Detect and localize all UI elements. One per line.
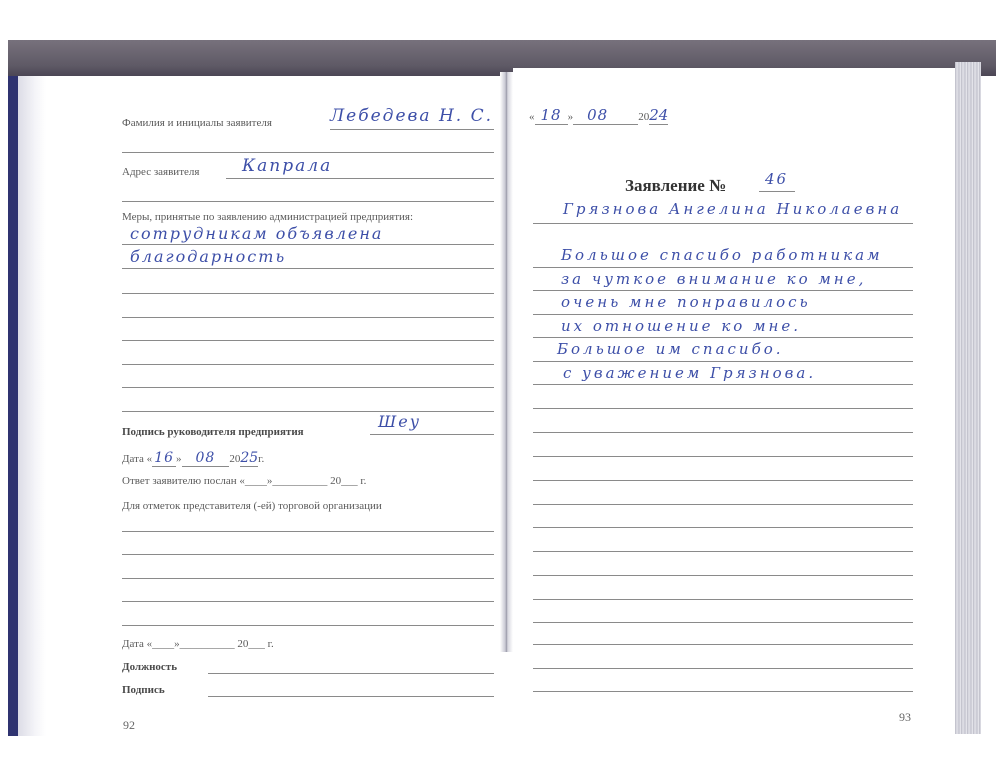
blank-line	[533, 575, 913, 576]
address-line	[226, 178, 494, 179]
measures-line-1: сотрудникам объявлена	[130, 224, 383, 243]
blank-line	[533, 432, 913, 433]
date-day: 16	[152, 450, 176, 467]
blank-line	[122, 152, 494, 153]
statement-date-day: 18	[535, 106, 568, 125]
applicant-name-value: Лебедева Н. С.	[330, 106, 493, 126]
blank-line	[122, 293, 494, 294]
left-page: Фамилия и инициалы заявителя Лебедева Н.…	[46, 84, 500, 734]
blank-line	[122, 625, 494, 626]
date-month: 08	[182, 450, 230, 467]
blank-line	[533, 456, 913, 457]
page-number-left: 92	[123, 718, 135, 733]
signature-field-line	[208, 696, 494, 697]
body-line-3: очень мне понравилось	[561, 293, 811, 311]
manager-signature-value: Шеу	[378, 412, 421, 431]
measures-line-2: благодарность	[130, 247, 286, 266]
blank-line	[122, 531, 494, 532]
ruled-line	[533, 314, 913, 315]
blank-line	[533, 599, 913, 600]
right-page: «18»082024 Заявление № 46 Грязнова Ангел…	[513, 68, 955, 734]
ruled-line	[533, 290, 913, 291]
blank-line	[122, 411, 494, 412]
date-quote-close: »	[176, 453, 182, 465]
page-stack-left	[18, 76, 46, 736]
scan-margin	[0, 0, 1000, 40]
book-gutter	[500, 72, 513, 652]
measures-ruled-line	[122, 244, 494, 245]
blank-line	[533, 527, 913, 528]
bottom-date-label: Дата «____»__________ 20___ г.	[122, 638, 274, 650]
ruled-line	[533, 384, 913, 385]
blank-line	[533, 504, 913, 505]
statement-date-year-suffix: 24	[649, 106, 668, 125]
date-year-prefix: 20	[229, 453, 240, 465]
date-year-suffix: 25	[240, 450, 258, 467]
blank-line	[122, 387, 494, 388]
measures-ruled-line	[122, 268, 494, 269]
body-line-6: с уважением Грязнова.	[563, 364, 816, 382]
ruled-line	[533, 361, 913, 362]
statement-date: «18»082024	[529, 106, 668, 124]
body-line-2: за чуткое внимание ко мне,	[561, 270, 866, 288]
book-cover-spine	[8, 76, 18, 736]
statement-number-line	[759, 191, 795, 192]
reply-sent-label: Ответ заявителю послан «____»__________ …	[122, 475, 366, 487]
position-line	[208, 673, 494, 674]
address-label: Адрес заявителя	[122, 166, 199, 178]
blank-line	[533, 668, 913, 669]
page-number-right: 93	[899, 710, 911, 725]
blank-line	[122, 578, 494, 579]
manager-signature-label: Подпись руководителя предприятия	[122, 426, 304, 438]
body-line-4: их отношение ко мне.	[561, 317, 801, 335]
blank-line	[122, 340, 494, 341]
blank-line	[122, 554, 494, 555]
statement-title: Заявление №	[625, 176, 726, 196]
date-suffix: г.	[258, 453, 264, 465]
blank-line	[122, 201, 494, 202]
statement-number: 46	[765, 170, 788, 188]
position-label: Должность	[122, 661, 177, 673]
blank-line	[122, 601, 494, 602]
signature-label: Подпись	[122, 684, 165, 696]
decision-date: Дата «16»082025г.	[122, 450, 264, 466]
body-line-1: Большое спасибо работникам	[561, 246, 883, 264]
body-line-5: Большое им спасибо.	[557, 340, 784, 358]
date-prefix: Дата «	[122, 453, 152, 465]
blank-line	[122, 317, 494, 318]
statement-date-year-prefix: 20	[638, 111, 649, 123]
blank-line	[122, 364, 494, 365]
blank-line	[533, 691, 913, 692]
blank-line	[533, 408, 913, 409]
page-stack-right	[955, 62, 981, 734]
address-value: Капрала	[242, 156, 332, 176]
signature-line	[370, 434, 494, 435]
blank-line	[533, 480, 913, 481]
applicant-name-line	[330, 129, 494, 130]
ruled-line	[533, 337, 913, 338]
measures-label: Меры, принятые по заявлению администраци…	[122, 211, 413, 223]
trade-rep-label: Для отметок представителя (-ей) торговой…	[122, 500, 382, 512]
ruled-line	[533, 267, 913, 268]
blank-line	[533, 622, 913, 623]
name-line	[533, 223, 913, 224]
blank-line	[533, 644, 913, 645]
applicant-full-name: Грязнова Ангелина Николаевна	[563, 200, 902, 218]
applicant-name-label: Фамилия и инициалы заявителя	[122, 117, 272, 129]
blank-line	[533, 551, 913, 552]
statement-date-month: 08	[573, 106, 638, 125]
